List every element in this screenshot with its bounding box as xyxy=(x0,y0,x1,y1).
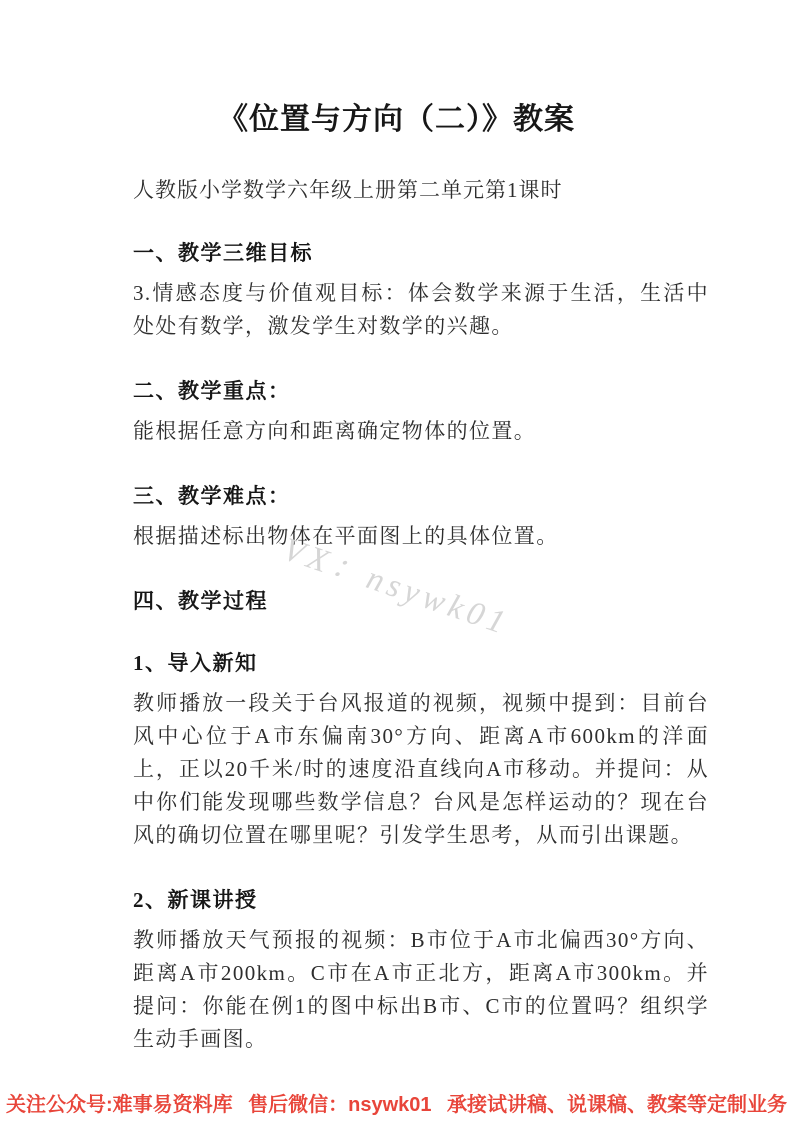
footer-public-account: 关注公众号:难事易资料库 xyxy=(6,1092,233,1118)
section-process: 四、教学过程 xyxy=(0,587,793,615)
section-intro-new-knowledge: 1、导入新知 教师播放一段关于台风报道的视频，视频中提到：目前台风中心位于A市东… xyxy=(0,649,793,852)
section-new-lesson: 2、新课讲授 教师播放天气预报的视频：B市位于A市北偏西30°方向、距离A市20… xyxy=(0,886,793,1056)
section-heading: 二、教学重点： xyxy=(133,377,793,405)
footer-wechat-id: 售后微信：nsywk01 xyxy=(248,1092,431,1118)
section-heading: 四、教学过程 xyxy=(133,587,793,615)
section-body: 根据描述标出物体在平面图上的具体位置。 xyxy=(133,520,709,553)
section-key-points: 二、教学重点： 能根据任意方向和距离确定物体的位置。 xyxy=(0,377,793,448)
section-heading: 2、新课讲授 xyxy=(133,886,793,914)
page-title: 《位置与方向（二）》教案 xyxy=(0,98,793,142)
section-body: 教师播放天气预报的视频：B市位于A市北偏西30°方向、距离A市200km。C市在… xyxy=(133,924,709,1056)
section-body: 3.情感态度与价值观目标：体会数学来源于生活，生活中处处有数学，激发学生对数学的… xyxy=(133,277,709,343)
section-body: 教师播放一段关于台风报道的视频，视频中提到：目前台风中心位于A市东偏南30°方向… xyxy=(133,687,709,852)
section-body: 能根据任意方向和距离确定物体的位置。 xyxy=(133,415,709,448)
section-difficulties: 三、教学难点： 根据描述标出物体在平面图上的具体位置。 xyxy=(0,482,793,553)
section-heading: 1、导入新知 xyxy=(133,649,793,677)
section-objectives: 一、教学三维目标 3.情感态度与价值观目标：体会数学来源于生活，生活中处处有数学… xyxy=(0,239,793,343)
document-page: 《位置与方向（二）》教案 人教版小学数学六年级上册第二单元第1课时 一、教学三维… xyxy=(0,0,793,1122)
footer-services: 承接试讲稿、说课稿、教案等定制业务 xyxy=(447,1092,787,1118)
footer-banner: 关注公众号:难事易资料库 售后微信：nsywk01 承接试讲稿、说课稿、教案等定… xyxy=(6,1092,787,1118)
section-heading: 三、教学难点： xyxy=(133,482,793,510)
section-heading: 一、教学三维目标 xyxy=(133,239,793,267)
doc-subtitle: 人教版小学数学六年级上册第二单元第1课时 xyxy=(133,175,793,205)
